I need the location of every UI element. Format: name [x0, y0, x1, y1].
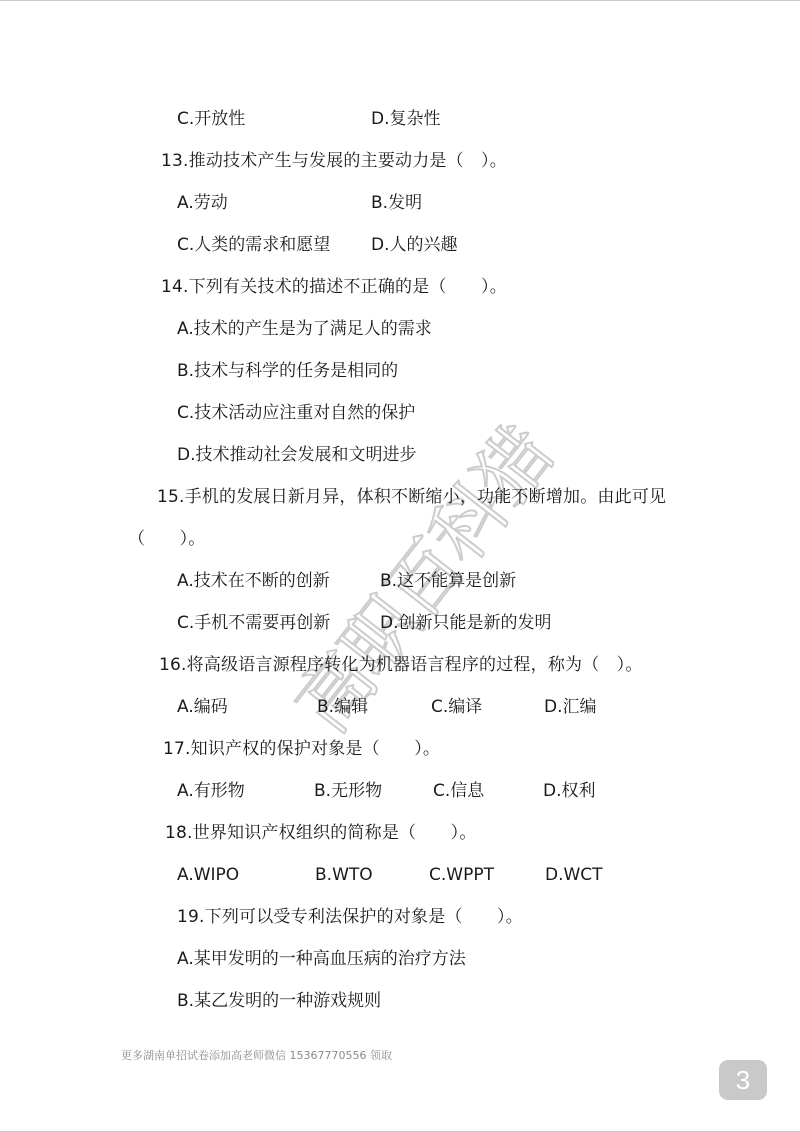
q18-option-a: A.WIPO	[177, 864, 239, 886]
q13-option-a: A.劳动	[177, 192, 228, 214]
q15-option-a: A.技术在不断的创新	[177, 570, 330, 592]
q14-option-a: A.技术的产生是为了满足人的需求	[177, 318, 432, 340]
q12-option-d: D.复杂性	[371, 108, 441, 130]
q16-option-a: A.编码	[177, 696, 228, 718]
q17-stem: 17.知识产权的保护对象是（ ）。	[163, 738, 440, 760]
q18-stem: 18.世界知识产权组织的简称是（ ）。	[165, 822, 477, 844]
q19-stem: 19.下列可以受专利法保护的对象是（ ）。	[177, 906, 523, 928]
q14-option-b: B.技术与科学的任务是相同的	[177, 360, 398, 382]
footer-promo-note: 更多湖南单招试卷添加高老师微信 15367770556 领取	[121, 1049, 392, 1063]
q14-stem: 14.下列有关技术的描述不正确的是（ ）。	[161, 276, 507, 298]
q13-option-c: C.人类的需求和愿望	[177, 234, 330, 256]
q15-option-b: B.这不能算是创新	[380, 570, 516, 592]
q15-option-c: C.手机不需要再创新	[177, 612, 330, 634]
q15-stem-continued: （ ）。	[128, 528, 206, 550]
page-top-edge	[0, 0, 800, 1]
q17-option-c: C.信息	[433, 780, 484, 802]
q13-option-b: B.发明	[371, 192, 422, 214]
q19-option-b: B.某乙发明的一种游戏规则	[177, 990, 381, 1012]
page-number-badge: 3	[719, 1060, 767, 1100]
q18-option-b: B.WTO	[315, 864, 373, 886]
q16-stem: 16.将高级语言源程序转化为机器语言程序的过程，称为（ ）。	[159, 654, 643, 676]
q16-option-c: C.编译	[431, 696, 482, 718]
q13-option-d: D.人的兴趣	[371, 234, 458, 256]
q17-option-b: B.无形物	[314, 780, 382, 802]
q16-option-b: B.编辑	[317, 696, 368, 718]
q17-option-d: D.权利	[543, 780, 596, 802]
q15-option-d: D.创新只能是新的发明	[380, 612, 552, 634]
q16-option-d: D.汇编	[544, 696, 597, 718]
q14-option-d: D.技术推动社会发展和文明进步	[177, 444, 417, 466]
q15-stem: 15.手机的发展日新月异，体积不断缩小，功能不断增加。由此可见	[157, 486, 666, 508]
q13-stem: 13.推动技术产生与发展的主要动力是（ ）。	[161, 150, 507, 172]
q17-option-a: A.有形物	[177, 780, 245, 802]
q19-option-a: A.某甲发明的一种高血压病的治疗方法	[177, 948, 466, 970]
q18-option-c: C.WPPT	[429, 864, 494, 886]
q12-option-c: C.开放性	[177, 108, 245, 130]
q14-option-c: C.技术活动应注重对自然的保护	[177, 402, 415, 424]
q18-option-d: D.WCT	[545, 864, 603, 886]
